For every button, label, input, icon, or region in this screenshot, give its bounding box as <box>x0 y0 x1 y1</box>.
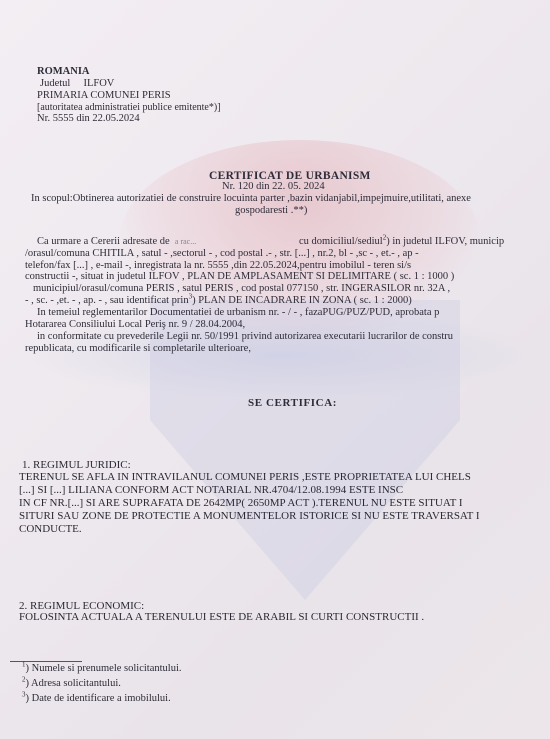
section1-line: SITURI SAU ZONE DE PROTECTIE A MONUMENTE… <box>19 510 480 522</box>
purpose-line-2: gospodaresti .**) <box>235 205 307 217</box>
county-label: Judetul <box>40 78 70 89</box>
section2-line: FOLOSINTA ACTUALA A TERENULUI ESTE DE AR… <box>19 611 424 623</box>
body-line-7: In temeiul reglementarilor Documentatiei… <box>37 307 439 319</box>
county-value: ILFOV <box>83 78 114 89</box>
body-line-1-right: cu domiciliul/sediul2) in judetul ILFOV,… <box>299 236 504 248</box>
body-text: Ca urmare a Cererii adresate de <box>37 236 170 247</box>
body-text: ) PLAN DE INCADRARE IN ZONA ( sc. 1 : 20… <box>192 295 412 306</box>
document-number: Nr. 120 din 22. 05. 2024 <box>222 181 325 193</box>
body-line-5: municipiul/orasul/comuna PERIS , satul P… <box>33 283 450 295</box>
footnote-1: 1) Numele si prenumele solicitantului. <box>22 663 182 675</box>
body-line-9: in conformitate cu prevederile Legii nr.… <box>37 331 453 343</box>
section1-line: TERENUL SE AFLA IN INTRAVILANUL COMUNEI … <box>19 471 471 483</box>
body-line-6: - , sc. - ,et. - , ap. - , sau identific… <box>25 295 412 307</box>
body-line-4: constructii -, situat in judetul ILFOV ,… <box>25 271 454 283</box>
body-text: cu domiciliul/sediul <box>299 236 383 247</box>
footnote-divider <box>10 661 82 662</box>
body-text: ) in judetul ILFOV, municip <box>386 236 504 247</box>
footnote-2: 2) Adresa solicitantului. <box>22 678 121 690</box>
section1-line: CONDUCTE. <box>19 523 82 535</box>
body-line-2: /orasul/comuna CHITILA , satul - ,sector… <box>25 248 419 260</box>
body-line-1: Ca urmare a Cererii adresate de a rac... <box>37 236 196 248</box>
certifies-heading: SE CERTIFICA: <box>248 397 337 409</box>
body-line-8: Hotararea Consiliului Local Periş nr. 9 … <box>25 319 245 331</box>
header-country: ROMANIA <box>37 66 90 78</box>
header-county: Judetul ILFOV <box>40 78 114 90</box>
header-registration: Nr. 5555 din 22.05.2024 <box>37 113 140 125</box>
section1-line: IN CF NR.[...] SI ARE SUPRAFATA DE 2642M… <box>19 497 463 509</box>
footnote-3: 3) Date de identificare a imobilului. <box>22 693 171 705</box>
section1-line: [...] SI [...] LILIANA CONFORM ACT NOTAR… <box>19 484 403 496</box>
section1-heading: 1. REGIMUL JURIDIC: <box>22 459 131 471</box>
body-text: - , sc. - ,et. - , ap. - , sau identific… <box>25 295 189 306</box>
footnote-text: ) Date de identificare a imobilului. <box>26 693 171 704</box>
footnote-text: ) Numele si prenumele solicitantului. <box>26 663 182 674</box>
header-authority: PRIMARIA COMUNEI PERIS <box>37 90 171 102</box>
footnote-text: ) Adresa solicitantului. <box>26 678 121 689</box>
body-line-10: republicata, cu modificarile si completa… <box>25 343 251 355</box>
purpose-line-1: In scopul:Obtinerea autorizatiei de cons… <box>31 193 471 205</box>
redacted-name: a rac... <box>175 237 196 246</box>
